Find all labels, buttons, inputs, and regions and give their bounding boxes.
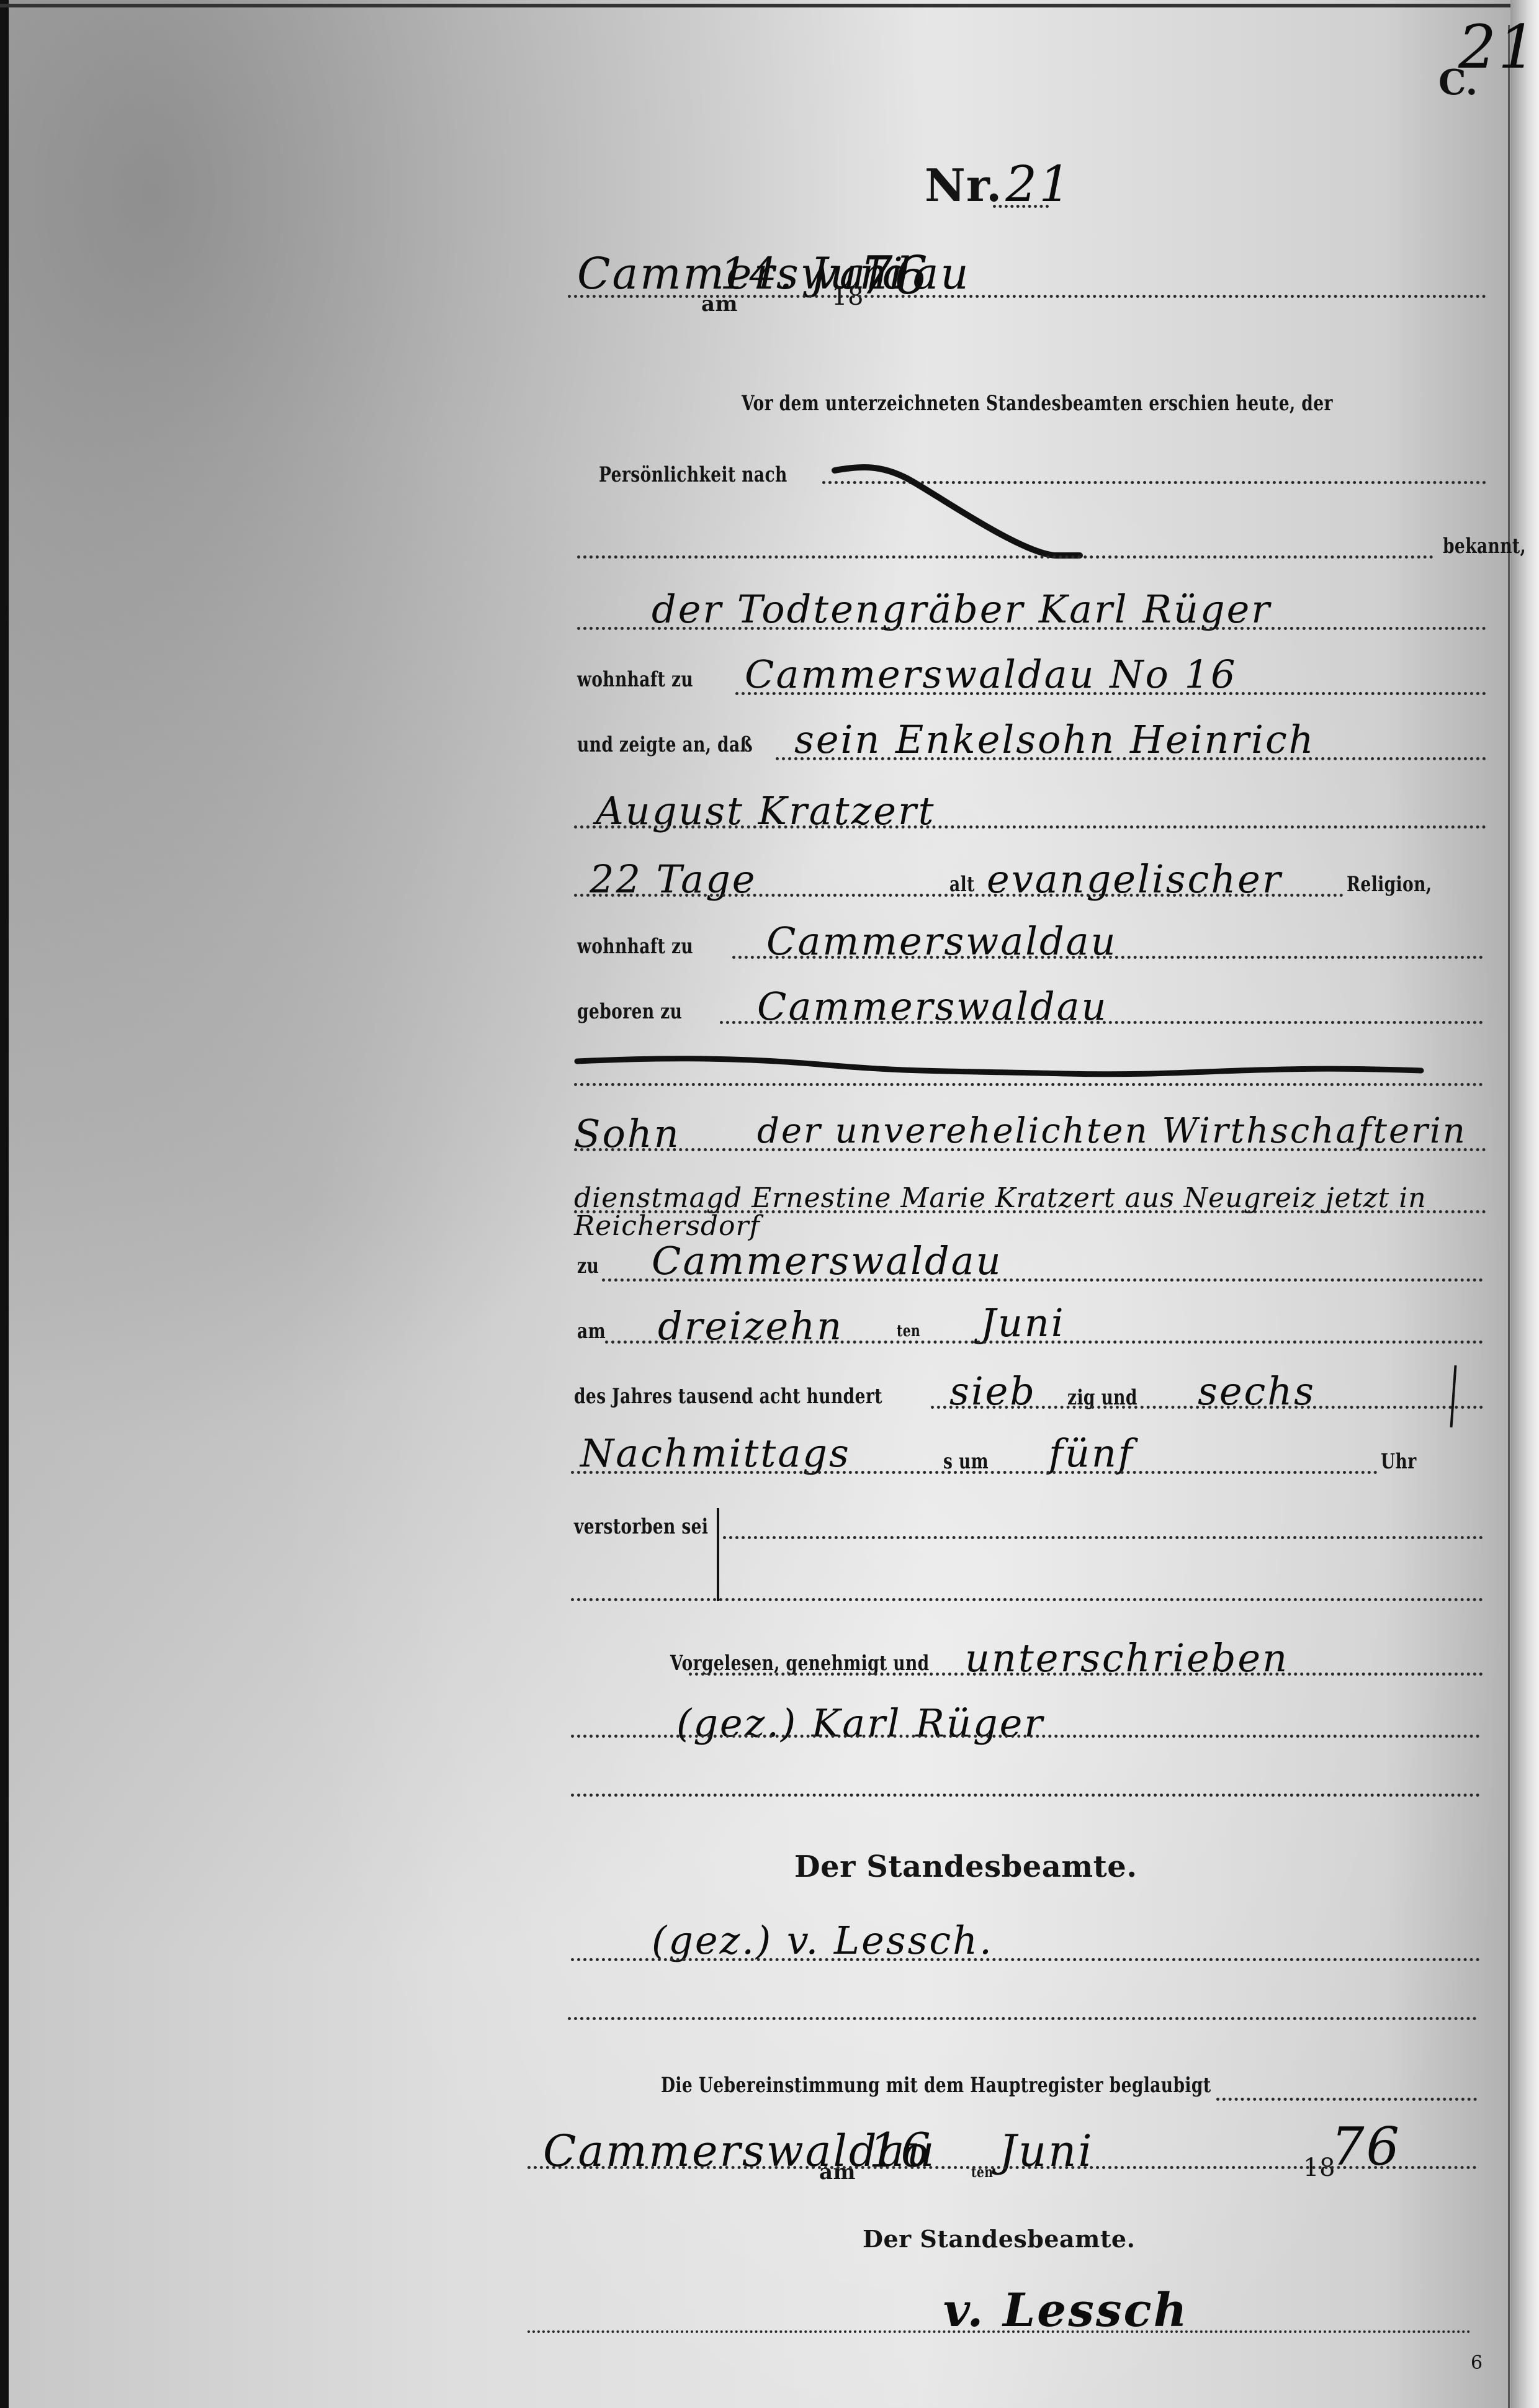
margin-tick <box>1450 1365 1457 1427</box>
certification-official-title: Der Standesbeamte. <box>863 2225 1135 2253</box>
death-time-label: s um <box>943 1449 989 1474</box>
death-place-line <box>602 1278 1483 1282</box>
informant-name-line <box>577 627 1486 630</box>
official-title: Der Standesbeamte. <box>794 1849 1137 1884</box>
birthplace-line <box>720 1021 1483 1024</box>
death-month: Juni <box>980 1300 1066 1346</box>
official-signature: (gez.) v. Lessch. <box>652 1918 994 1963</box>
death-day-line <box>605 1341 1483 1344</box>
informant-residence: Cammerswaldau No 16 <box>745 652 1237 697</box>
intro-line3-suffix: bekannt, <box>1443 534 1526 559</box>
deceased-residence-line <box>732 956 1483 959</box>
certification-am: am <box>819 2160 856 2185</box>
certification-signature-line <box>527 2330 1471 2333</box>
informant-residence-line <box>735 692 1486 695</box>
parents-line2: dienstmagd Ernestine Marie Kratzert aus … <box>574 1182 1427 1214</box>
certification-line <box>1216 2098 1477 2101</box>
death-time-of-day: Nachmittags <box>580 1431 851 1476</box>
cancel-vertical-stroke <box>717 1508 719 1601</box>
certification-date-line <box>527 2166 1477 2169</box>
deceased-age-line <box>574 894 1344 897</box>
entry-number-label: Nr. <box>925 159 1002 212</box>
official-signature-line <box>571 1958 1480 1961</box>
died-line <box>723 1536 1483 1539</box>
margin-bottom-mark: 6 <box>1471 2352 1483 2374</box>
death-day-suffix: ten <box>897 1322 920 1341</box>
intro-line1: Vor dem unterzeichneten Standesbeamten e… <box>742 391 1333 416</box>
parents-line1-dots <box>574 1148 1486 1151</box>
separator-line <box>574 1083 1483 1086</box>
informant-signature-line <box>571 1735 1480 1738</box>
cancel-stroke-parents <box>571 1049 1440 1086</box>
entry-number-line <box>993 205 1049 208</box>
read-label: Vorgelesen, genehmigt und <box>670 1651 930 1676</box>
intro-line2-label: Persönlichkeit nach <box>599 462 787 487</box>
died-line2 <box>571 1598 1483 1601</box>
informant-signature: (gez.) Karl Rüger <box>676 1700 1044 1746</box>
header-date-line <box>568 295 1486 298</box>
death-time-line <box>571 1471 1378 1474</box>
page-left-edge <box>0 0 9 2408</box>
birthplace-label: geboren zu <box>577 999 682 1024</box>
deceased-name-line1: sein Enkelsohn Heinrich <box>794 717 1316 762</box>
parents-line1: der unverehelichten Wirthschafterin <box>757 1111 1467 1151</box>
official-blank-line <box>568 2017 1477 2020</box>
closing-blank-line <box>571 1794 1480 1797</box>
died-label: verstorben sei <box>574 1514 708 1539</box>
death-year-line <box>931 1406 1483 1409</box>
deceased-residence-label: wohnhaft zu <box>577 934 693 959</box>
page-right-shade <box>1510 0 1539 2408</box>
cancel-stroke-intro <box>832 459 1204 565</box>
death-year-label: des Jahres tausend acht hundert <box>574 1384 882 1409</box>
death-place: Cammerswaldau <box>652 1238 1003 1283</box>
deceased-religion-label: Religion, <box>1347 872 1432 897</box>
page-top-edge <box>0 4 1514 7</box>
announce-label: und zeigte an, daß <box>577 732 753 757</box>
death-hour-suffix: Uhr <box>1381 1449 1417 1474</box>
corner-number: 21 <box>1458 12 1538 82</box>
certification-text: Die Uebereinstimmung mit dem Hauptregist… <box>661 2073 1211 2098</box>
intro-line3-dots <box>577 555 1434 559</box>
page-right-rule <box>1508 25 1510 2408</box>
parents-line3: Reichersdorf <box>574 1210 760 1242</box>
death-day-label: am <box>577 1319 606 1344</box>
read-line <box>689 1673 1483 1676</box>
certification-official-signature: v. Lessch <box>943 2284 1188 2337</box>
informant-residence-label: wohnhaft zu <box>577 667 693 692</box>
certification-day: 16 <box>869 2123 933 2178</box>
register-page: C. 21 Nr. 21 Cammerswaldau am 14. Juni 1… <box>0 0 1539 2408</box>
death-hour: fünf <box>1049 1431 1134 1476</box>
deceased-name-line2-dots <box>574 825 1486 829</box>
deceased-name-line1-dots <box>776 757 1486 760</box>
death-place-label: zu <box>577 1254 599 1278</box>
deceased-age-label: alt <box>949 872 975 897</box>
informant-name: der Todtengräber Karl Rüger <box>652 586 1272 632</box>
